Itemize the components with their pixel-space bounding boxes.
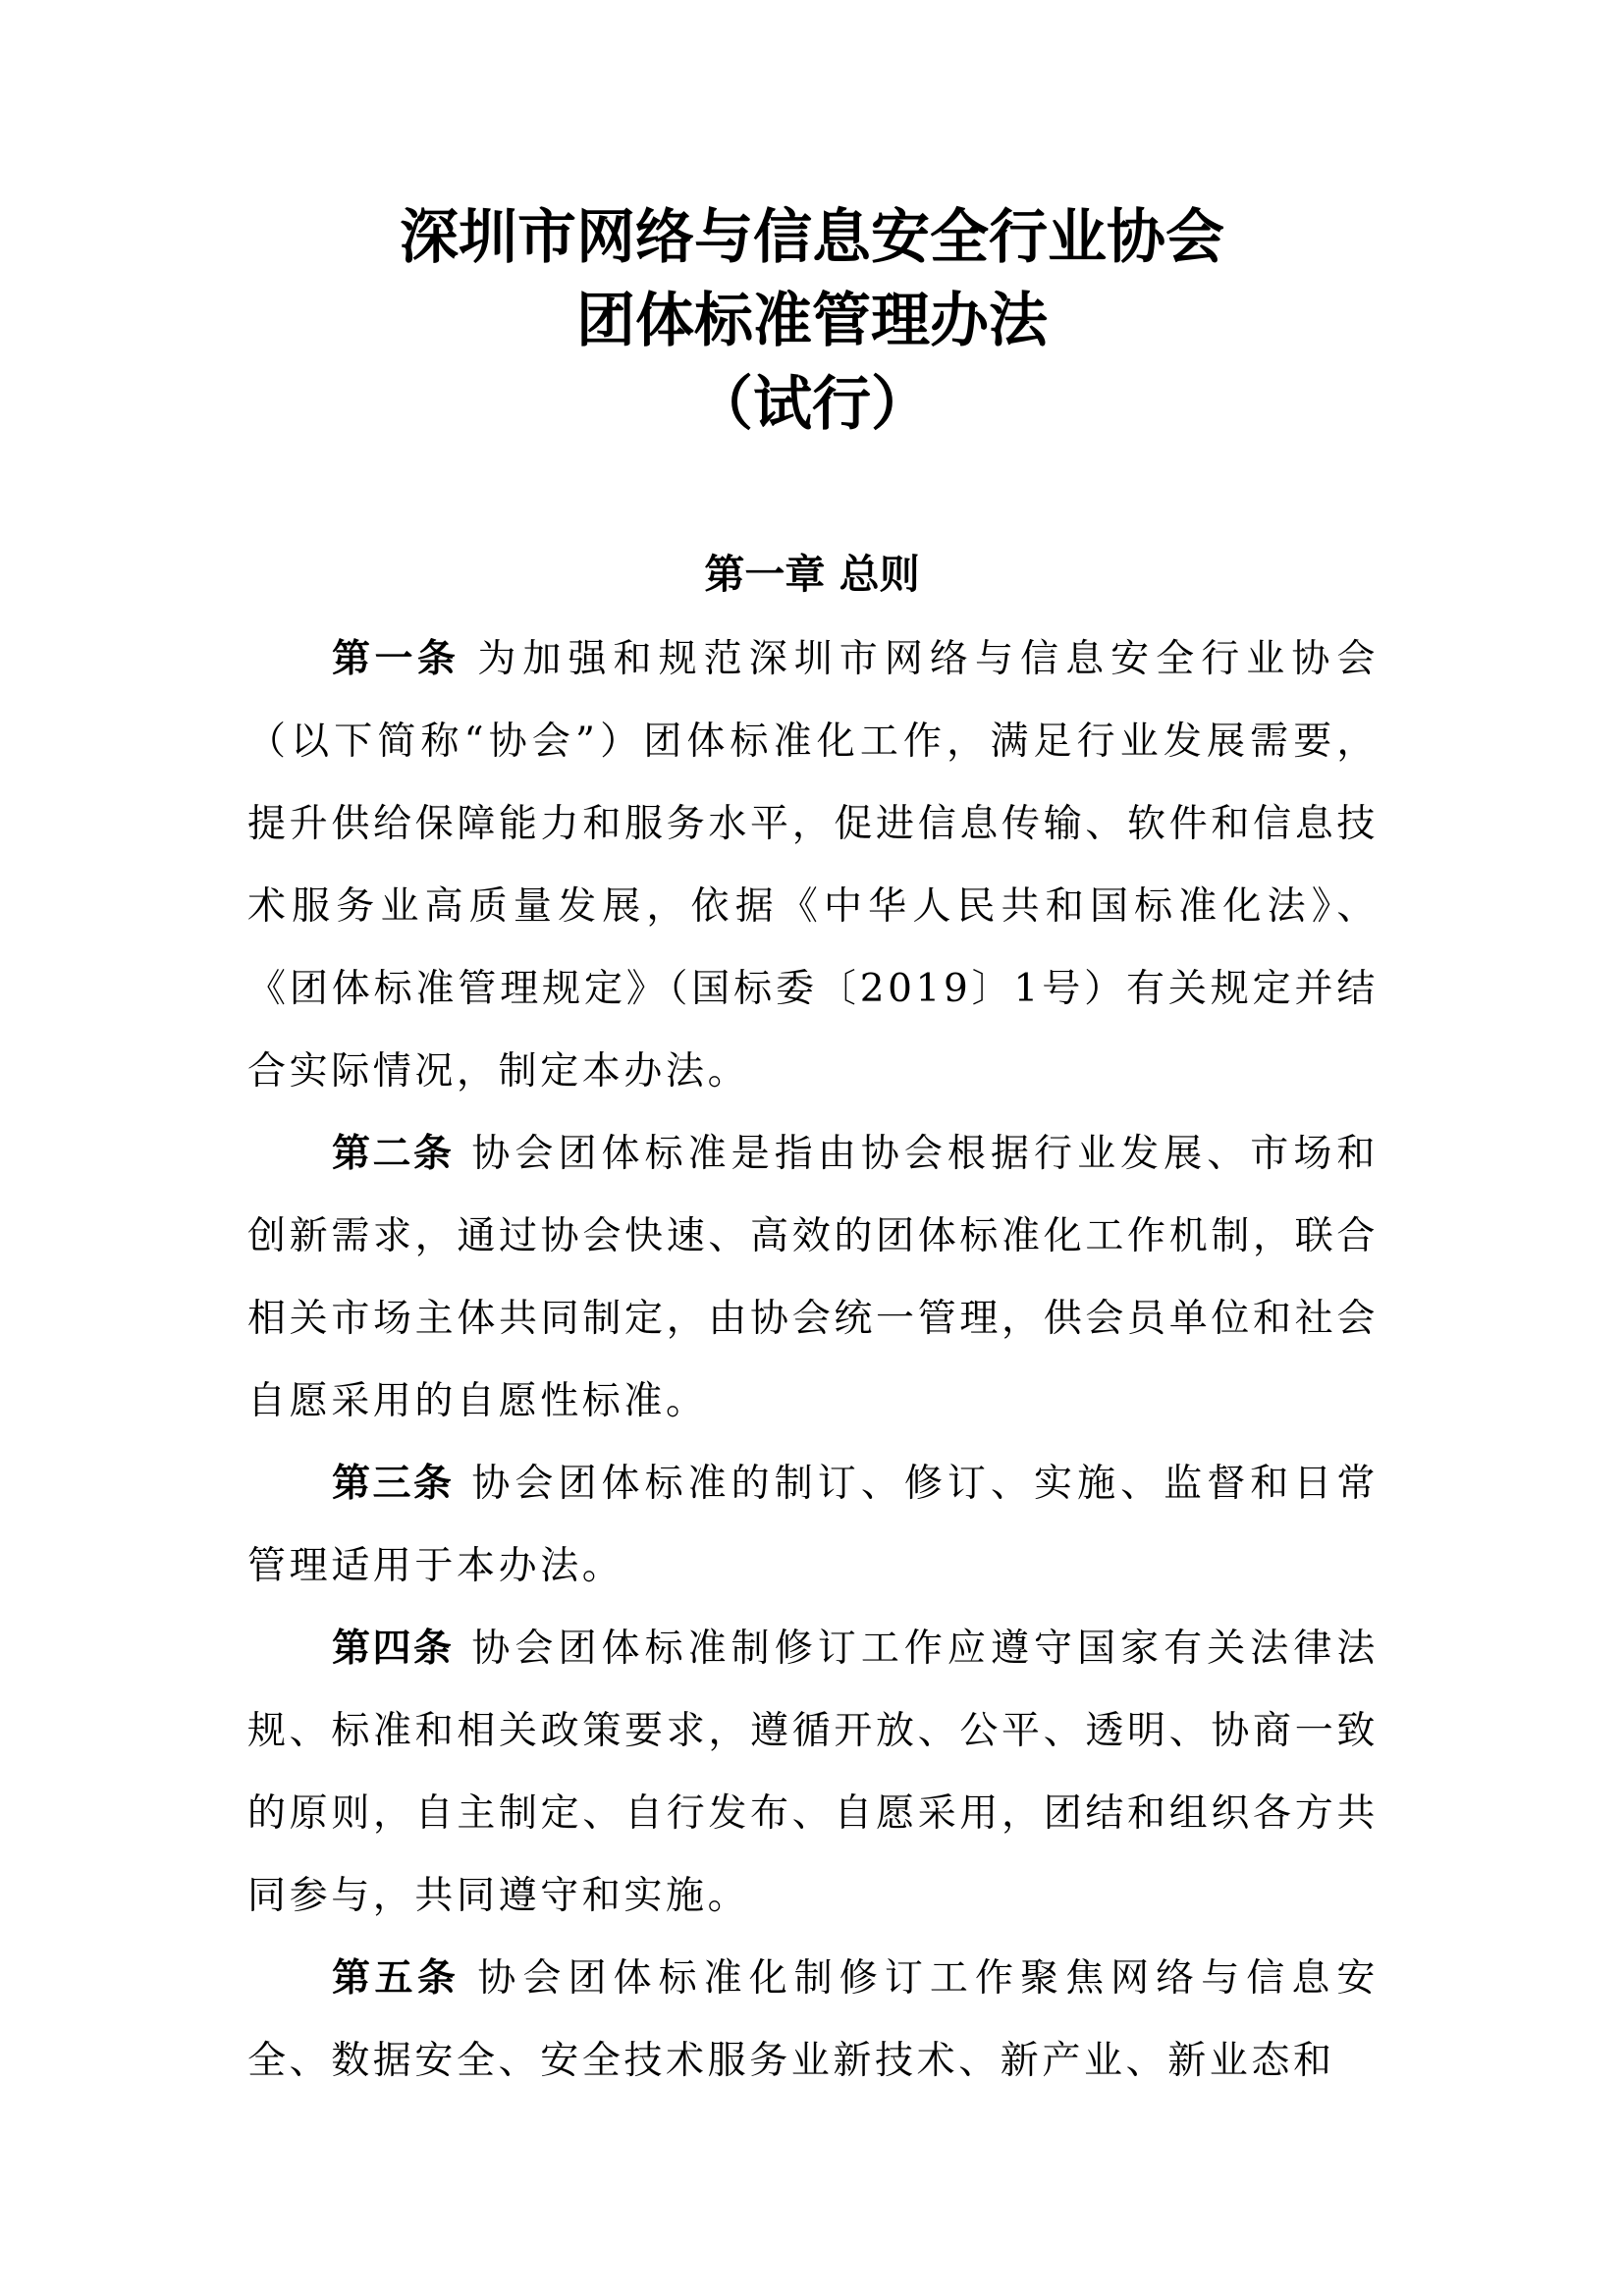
article-1: 第一条为加强和规范深圳市网络与信息安全行业协会（以下简称“协会”）团体标准化工作… [247, 618, 1379, 1113]
document-body: 第一条为加强和规范深圳市网络与信息安全行业协会（以下简称“协会”）团体标准化工作… [247, 618, 1379, 2103]
article-label: 第四条 [332, 1627, 454, 1671]
document-page: 深圳市网络与信息安全行业协会 团体标准管理办法 （试行） 第一章 总则 第一条为… [0, 0, 1624, 2296]
article-5: 第五条协会团体标准化制修订工作聚焦网络与信息安全、数据安全、安全技术服务业新技术… [247, 1938, 1379, 2103]
article-label: 第一条 [332, 637, 460, 681]
document-title: 深圳市网络与信息安全行业协会 团体标准管理办法 （试行） [0, 196, 1624, 447]
article-label: 第二条 [332, 1132, 454, 1176]
title-line-3: （试行） [0, 363, 1624, 447]
article-text: 为加强和规范深圳市网络与信息安全行业协会（以下简称“协会”）团体标准化工作，满足… [247, 637, 1379, 1094]
article-3: 第三条协会团体标准的制订、修订、实施、监督和日常管理适用于本办法。 [247, 1443, 1379, 1608]
article-2: 第二条协会团体标准是指由协会根据行业发展、市场和创新需求，通过协会快速、高效的团… [247, 1113, 1379, 1443]
article-label: 第三条 [332, 1462, 454, 1506]
chapter-heading: 第一章 总则 [0, 545, 1624, 604]
title-line-1: 深圳市网络与信息安全行业协会 [0, 196, 1624, 280]
title-line-2: 团体标准管理办法 [0, 280, 1624, 363]
article-label: 第五条 [332, 1956, 460, 2001]
article-4: 第四条协会团体标准制修订工作应遵守国家有关法律法规、标准和相关政策要求，遵循开放… [247, 1608, 1379, 1938]
